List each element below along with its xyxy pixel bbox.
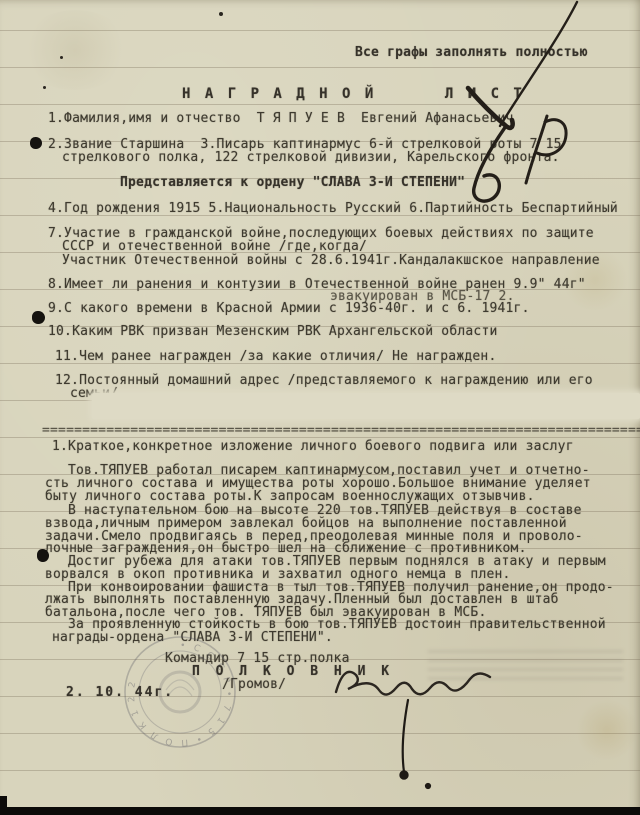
field-name-surname: 1.Фамилия,имя и отчество Т Я П У Е В Евг…: [48, 112, 514, 125]
field-drafted-by: 10.Каким РВК призван Мезенским РВК Архан…: [48, 325, 498, 338]
round-unit-stamp: • С С С Р • 7 1 5 • П О Л К 1 2 2: [120, 632, 244, 756]
paper-speck: [219, 12, 223, 16]
scanned-award-document: Все графы заполнять полностью Н А Г Р А …: [0, 0, 640, 815]
redacted-area: [92, 393, 640, 419]
field-war-participation-line3: Участник Отечественной войны с 28.6.1941…: [62, 254, 600, 267]
divider-line: ========================================…: [42, 424, 640, 437]
field-birth-nationality-party: 4.Год рождения 1915 5.Национальность Рус…: [48, 202, 618, 215]
stamp-ring-text: • С С С Р • 7 1 5 • П О Л К 1 2 2: [127, 641, 233, 747]
presented-for-order-line: Представляется к ордену "СЛАВА 3-И СТЕПЕ…: [120, 176, 465, 189]
fill-all-fields-note: Все графы заполнять полностью: [355, 46, 588, 59]
scan-edge-bottom: [0, 807, 640, 815]
paper-speck: [43, 86, 46, 89]
paper-speck: [60, 56, 63, 59]
stamp-emblem-arcs: [166, 680, 194, 696]
field-army-service-since: 9.С какого времени в Красной Армии с 193…: [48, 302, 530, 315]
field-war-participation-line2: СССР и отечественной войне /где,когда/: [62, 240, 367, 253]
feat-text-line: быту личного состава роты.К запросам вое…: [45, 490, 535, 503]
ink-bleed-through: [428, 650, 623, 682]
ink-blot: [30, 137, 42, 149]
ink-blot: [32, 311, 45, 324]
scan-edge-corner: [0, 796, 7, 815]
field-home-address-line1: 12.Постоянный домашний адрес /представля…: [55, 374, 593, 387]
field-previous-awards: 11.Чем ранее награжден /за какие отличия…: [55, 350, 496, 363]
feat-section-heading: 1.Краткое,конкретное изложение личного б…: [52, 440, 574, 453]
svg-text:• С С С Р • 7 1 5 • П О Л: • С С С Р • 7 1 5 • П О Л К 1 2 2: [127, 641, 233, 747]
document-title: Н А Г Р А Д Н О Й Л И С Т: [182, 88, 525, 101]
ink-blot: [37, 549, 49, 562]
field-rank-position-line2: стрелкового полка, 122 стрелковой дивизи…: [62, 151, 560, 164]
